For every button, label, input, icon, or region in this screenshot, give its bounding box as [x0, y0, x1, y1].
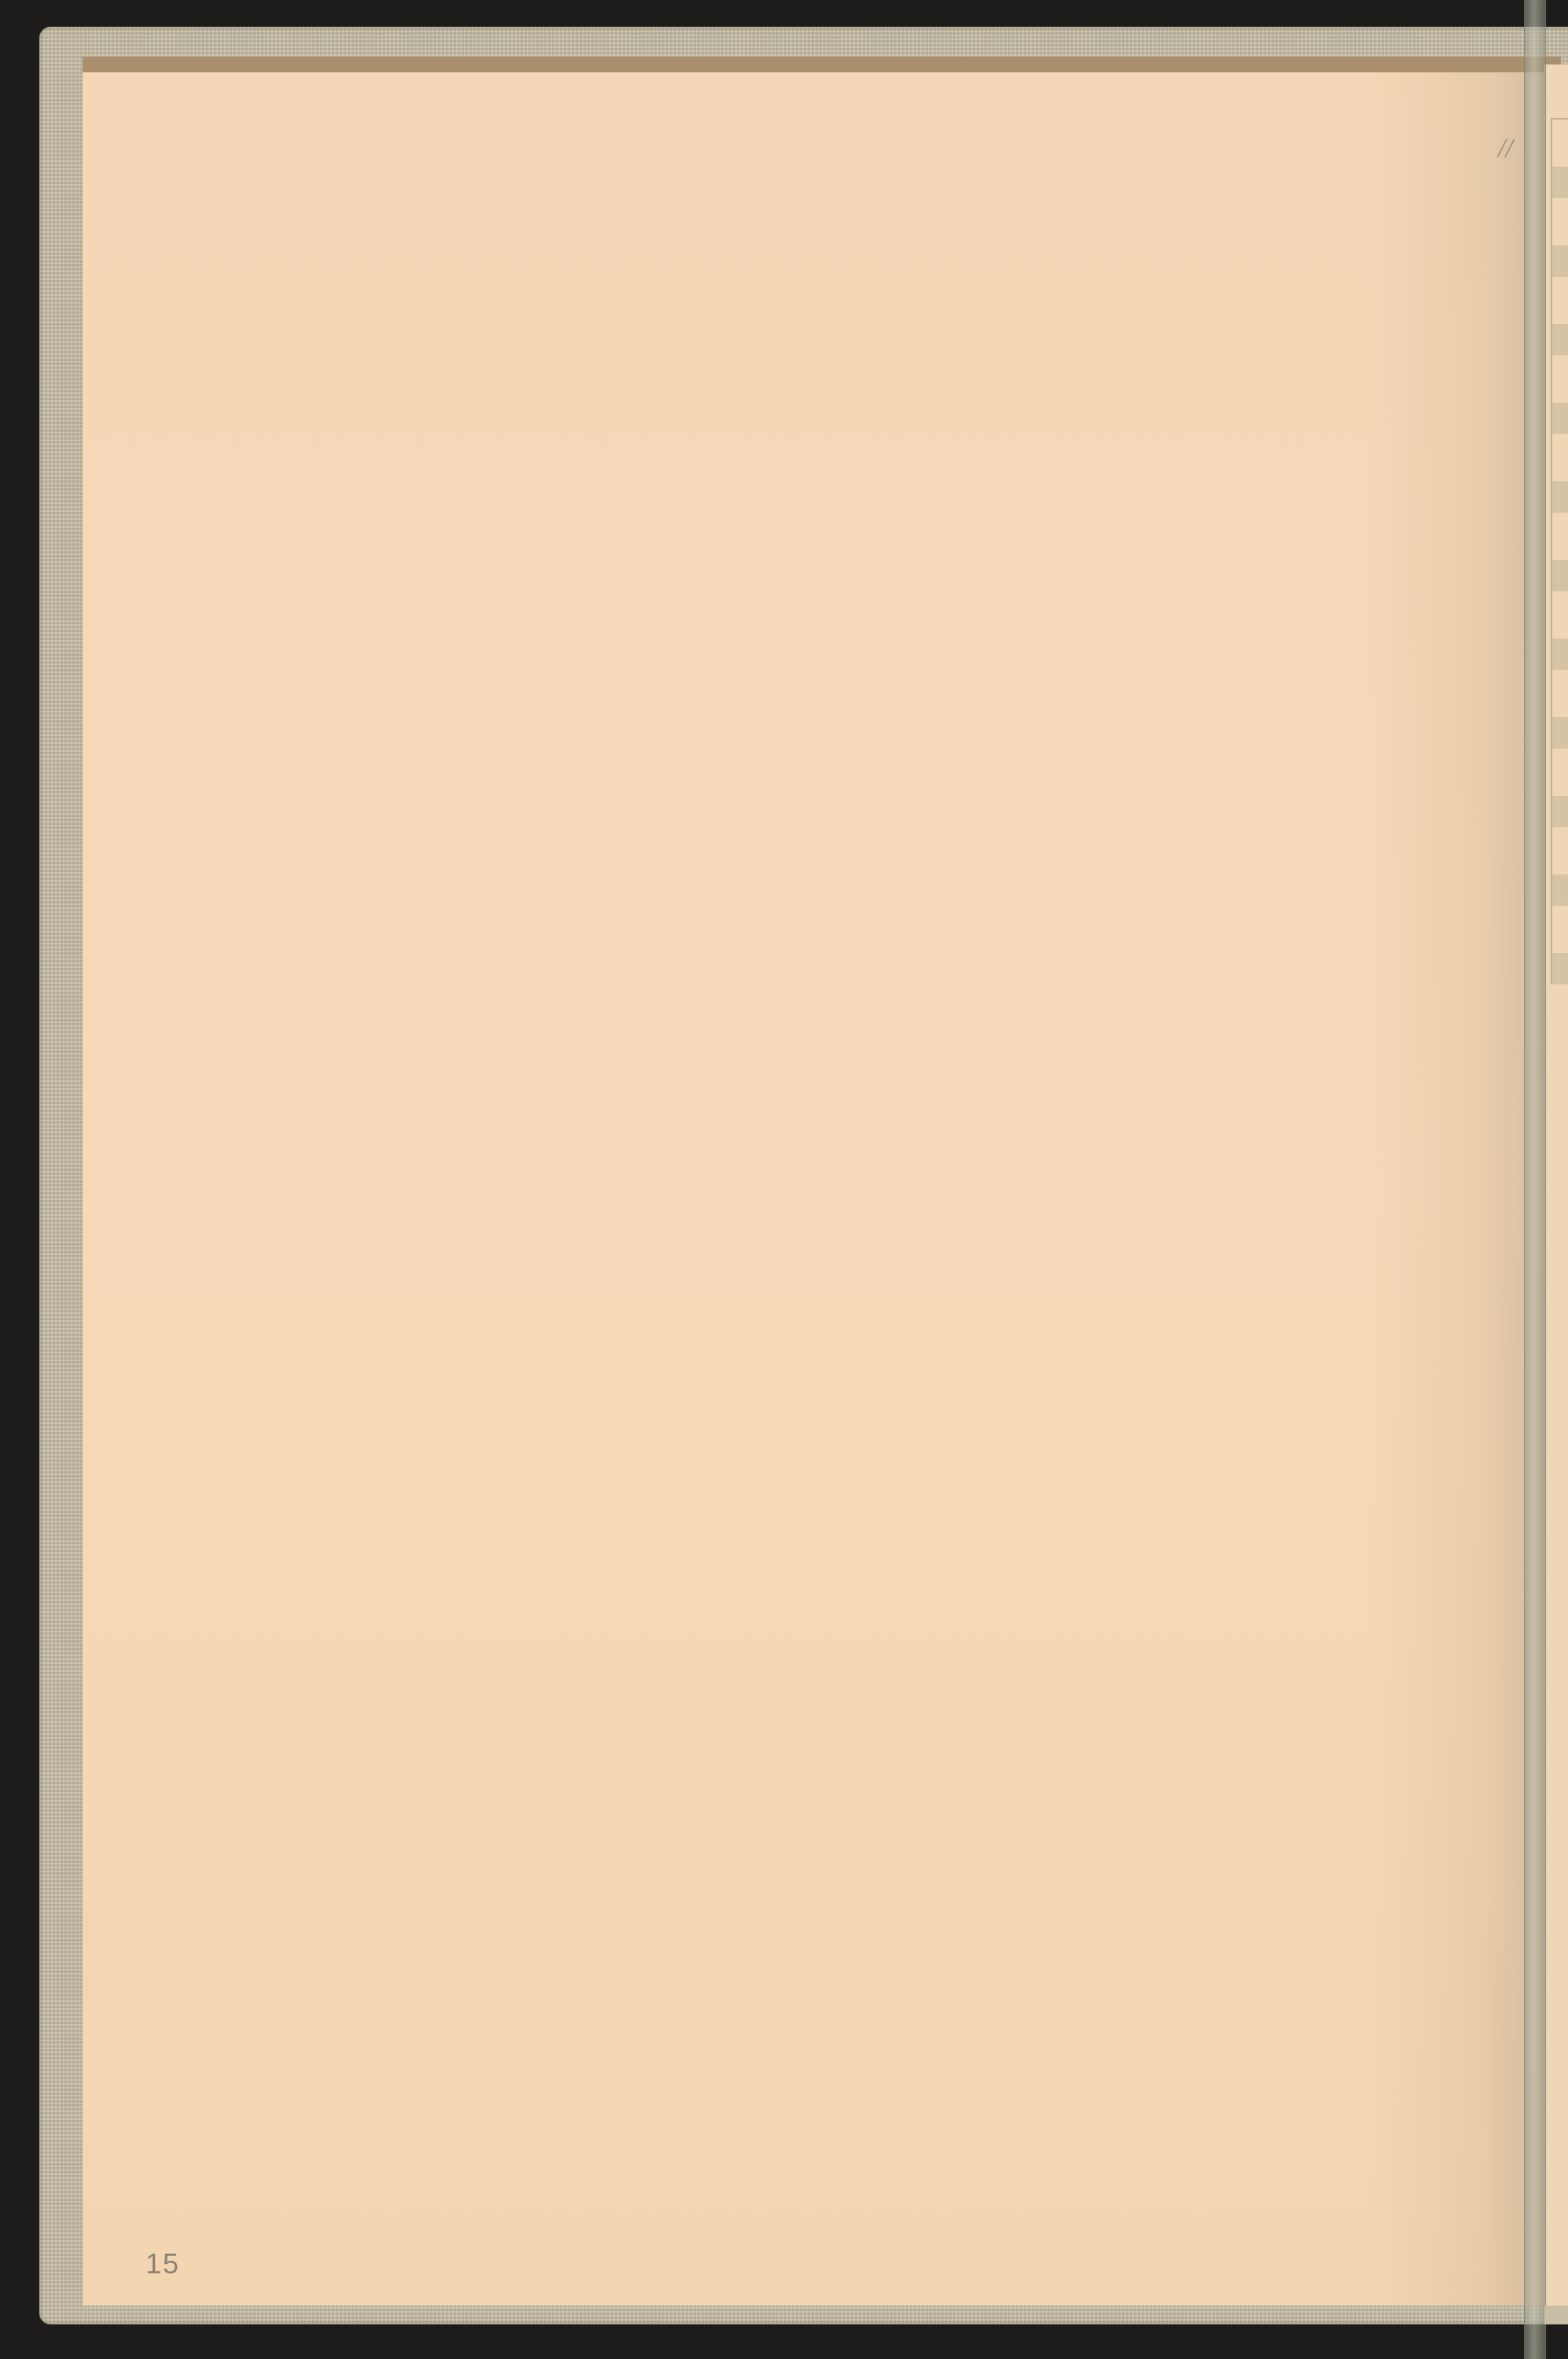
facing-page-ornament: [1551, 118, 1568, 984]
endpaper-page: [83, 72, 1544, 2306]
cloth-binding-bottom-edge: [1544, 2306, 1568, 2324]
gutter-hinge-tape: [1524, 0, 1546, 2359]
pencil-mark: //: [1498, 134, 1513, 164]
cover-turn-in-edge: [83, 57, 1561, 72]
pencil-page-number: 15: [145, 2247, 180, 2280]
